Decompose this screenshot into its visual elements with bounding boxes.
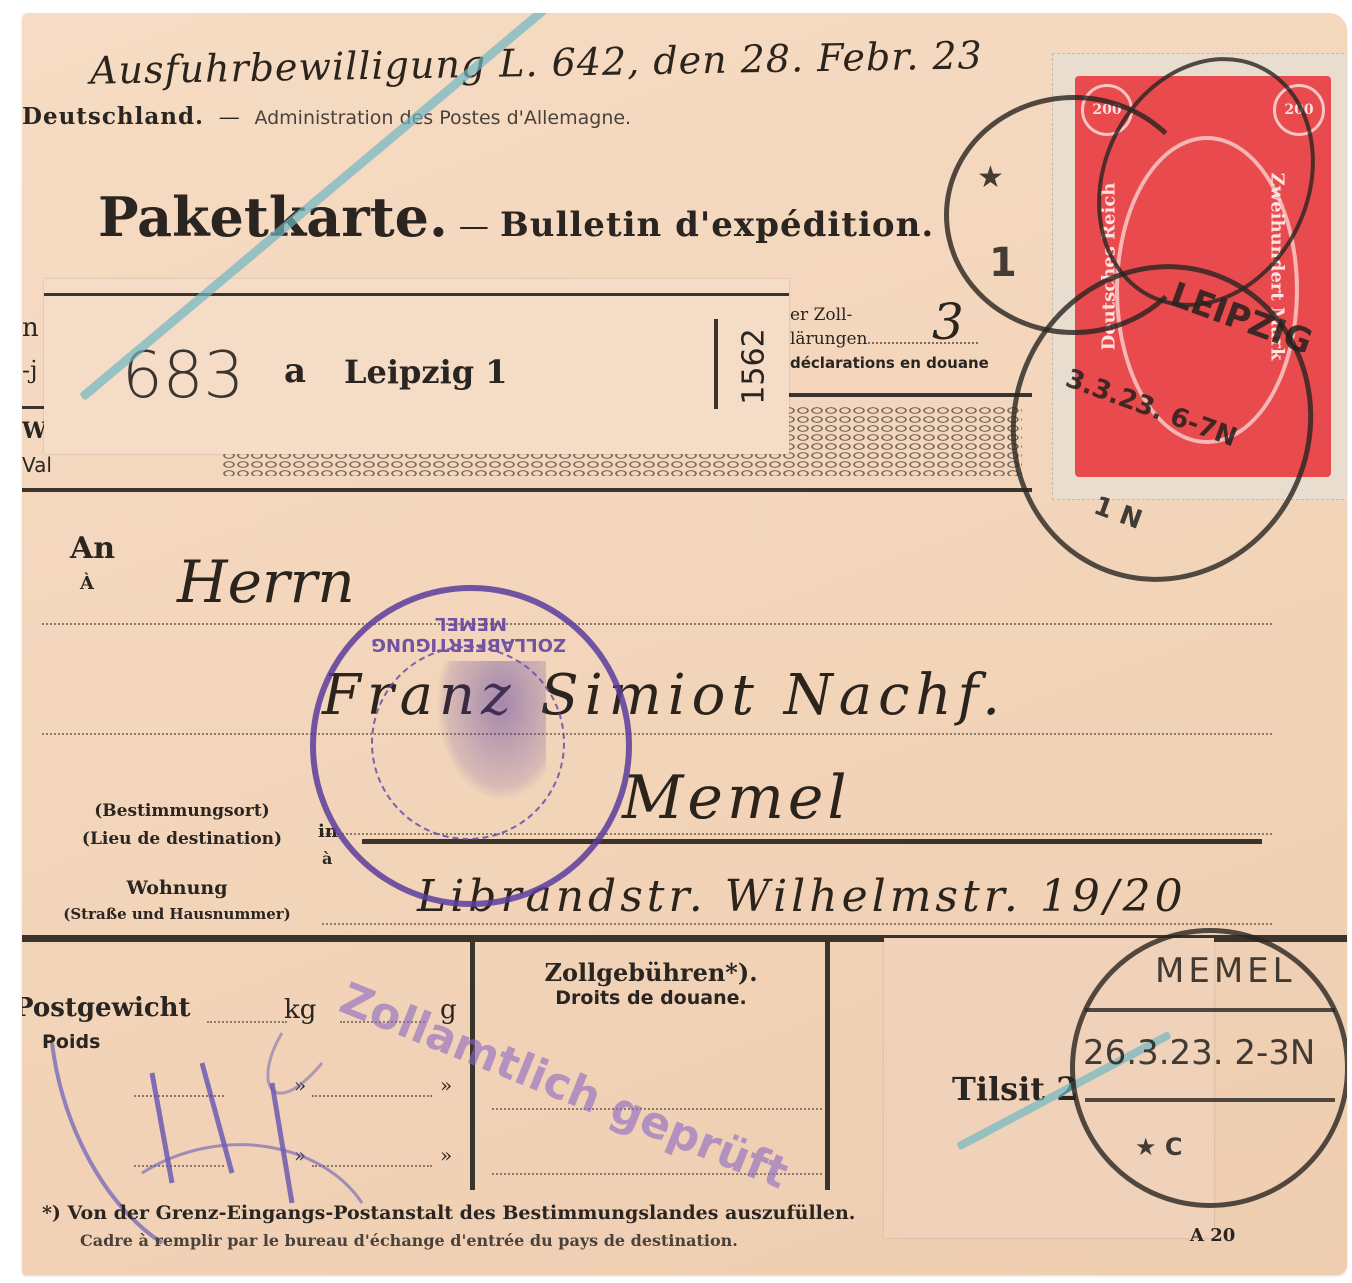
admin-german: Deutschland.	[22, 103, 204, 130]
postmark-star: ★	[977, 160, 1004, 195]
residence-label-german: Wohnung	[32, 875, 322, 901]
duties-label-french: Droits de douane.	[475, 987, 827, 1009]
address-line-4	[322, 923, 1272, 925]
customs-seal: ZOLLABFERTIGUNG MEMEL	[310, 585, 632, 907]
postmark-suffix: 1 N	[1090, 491, 1146, 536]
addressee-salutation: Herrn	[177, 548, 355, 616]
address-line-2	[42, 733, 1272, 735]
duties-label: Zollgebühren*). Droits de douane.	[475, 958, 827, 1009]
memel-rule-bottom	[1085, 1098, 1335, 1102]
reg-vertical-rule	[714, 319, 718, 409]
footnote-german: *) Von der Grenz-Eingangs-Postanstalt de…	[42, 1199, 855, 1227]
memel-rule-top	[1085, 1008, 1335, 1012]
duties-right-divider	[825, 942, 830, 1190]
registration-office: Leipzig 1	[344, 353, 508, 391]
title-dash: —	[459, 209, 489, 244]
title-row: Paketkarte. — Bulletin d'expédition.	[98, 185, 934, 249]
registration-prefix: a	[284, 351, 306, 391]
destination-label-german: (Bestimmungsort)	[52, 797, 312, 825]
left-fragment-4: Val	[22, 453, 52, 477]
destination-prefix-french: à	[322, 849, 332, 868]
left-fragment-2: -j	[22, 356, 38, 384]
left-fragment-3: W	[22, 418, 47, 444]
customs-label-french: déclarations en douane	[790, 351, 989, 375]
handwritten-export-permit: Ausfuhrbewilligung L. 642, den 28. Febr.…	[90, 33, 983, 93]
addressee-label: An	[70, 531, 115, 566]
admin-dash: —	[219, 105, 240, 129]
memel-city: MEMEL	[1155, 951, 1296, 991]
memel-date: 26.3.23. 2-3N	[1083, 1033, 1315, 1073]
destination-label-french: (Lieu de destination)	[52, 825, 312, 853]
left-fragment-1: n	[22, 313, 39, 343]
duties-label-german: Zollgebühren*).	[475, 958, 827, 987]
footnote-french: Cadre à remplir par le bureau d'échange …	[42, 1227, 855, 1255]
admin-line: Deutschland. — Administration des Postes…	[22, 103, 631, 130]
customs-label-2: lärungen	[790, 329, 868, 349]
addressee-city: Memel	[622, 763, 851, 833]
postmark-number: 1	[989, 240, 1017, 286]
parcel-card: Ausfuhrbewilligung L. 642, den 28. Febr.…	[22, 13, 1347, 1275]
customs-seal-text: ZOLLABFERTIGUNG MEMEL	[376, 613, 566, 655]
eagle-emblem	[436, 661, 546, 801]
memel-bottom: ★ C	[1135, 1133, 1182, 1161]
footnote: *) Von der Grenz-Eingangs-Postanstalt de…	[42, 1199, 855, 1255]
title-french: Bulletin d'expédition.	[500, 205, 934, 245]
address-line-1	[42, 623, 1272, 625]
postmark-memel: MEMEL 26.3.23. 2-3N ★ C	[1070, 928, 1347, 1208]
residence-label-french: (Straße und Hausnummer)	[32, 901, 322, 927]
section-rule-1	[22, 488, 1032, 492]
postmark-date: 3.3.23. 6-7N	[1062, 364, 1241, 454]
destination-label: (Bestimmungsort) (Lieu de destination)	[52, 797, 312, 853]
form-number: A 20	[1190, 1225, 1235, 1246]
registration-label: 683 a Leipzig 1 1562	[44, 279, 789, 454]
reg-top-rule	[44, 293, 789, 296]
customs-rule-bottom	[782, 393, 1032, 397]
addressee-label-french: À	[80, 573, 94, 594]
residence-label: Wohnung (Straße und Hausnummer)	[32, 875, 322, 927]
admin-french: Administration des Postes d'Allemagne.	[254, 107, 631, 129]
registration-side-number: 1562	[737, 317, 772, 417]
customs-declarations-count: 3	[932, 293, 964, 351]
